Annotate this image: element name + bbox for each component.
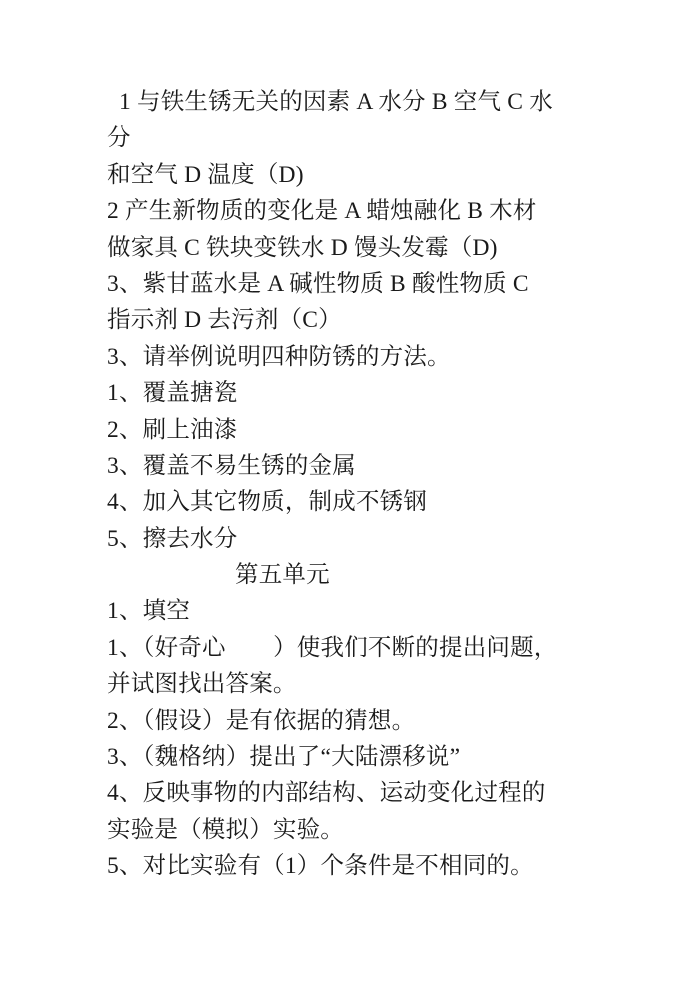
answer-item: 2、刷上油漆 xyxy=(107,412,607,448)
unit-title: 第五单元 xyxy=(107,557,607,593)
question-1-line-1: 1 与铁生锈无关的因素 A 水分 B 空气 C 水 xyxy=(107,84,607,120)
question-3-line-1: 3、紫甘蓝水是 A 碱性物质 B 酸性物质 C xyxy=(107,266,607,302)
question-rust-prevention: 3、请举例说明四种防锈的方法。 xyxy=(107,339,607,375)
question-2-line-1: 2 产生新物质的变化是 A 蜡烛融化 B 木材 xyxy=(107,193,607,229)
answer-item: 3、覆盖不易生锈的金属 xyxy=(107,448,607,484)
question-3-line-2: 指示剂 D 去污剂（C） xyxy=(107,302,607,338)
fill-item-2: 2、（假设）是有依据的猜想。 xyxy=(107,703,607,739)
answer-item: 1、覆盖搪瓷 xyxy=(107,375,607,411)
fill-item-5: 5、对比实验有（1）个条件是不相同的。 xyxy=(107,848,607,884)
question-2-line-2: 做家具 C 铁块变铁水 D 馒头发霉（D) xyxy=(107,230,607,266)
answer-item: 5、擦去水分 xyxy=(107,521,607,557)
document-page: 1 与铁生锈无关的因素 A 水分 B 空气 C 水 分 和空气 D 温度（D) … xyxy=(107,84,607,885)
fill-item-4-line-2: 实验是（模拟）实验。 xyxy=(107,812,607,848)
fill-item-1-line-1: 1、（好奇心 ）使我们不断的提出问题， xyxy=(107,630,607,666)
section-subtitle: 1、填空 xyxy=(107,593,607,629)
fill-item-1-line-2: 并试图找出答案。 xyxy=(107,666,607,702)
fill-item-4-line-1: 4、反映事物的内部结构、运动变化过程的 xyxy=(107,775,607,811)
question-1-line-3: 和空气 D 温度（D) xyxy=(107,157,607,193)
question-1-line-2: 分 xyxy=(107,120,607,156)
fill-item-3: 3、（魏格纳）提出了“大陆漂移说” xyxy=(107,739,607,775)
answer-item: 4、加入其它物质，制成不锈钢 xyxy=(107,484,607,520)
